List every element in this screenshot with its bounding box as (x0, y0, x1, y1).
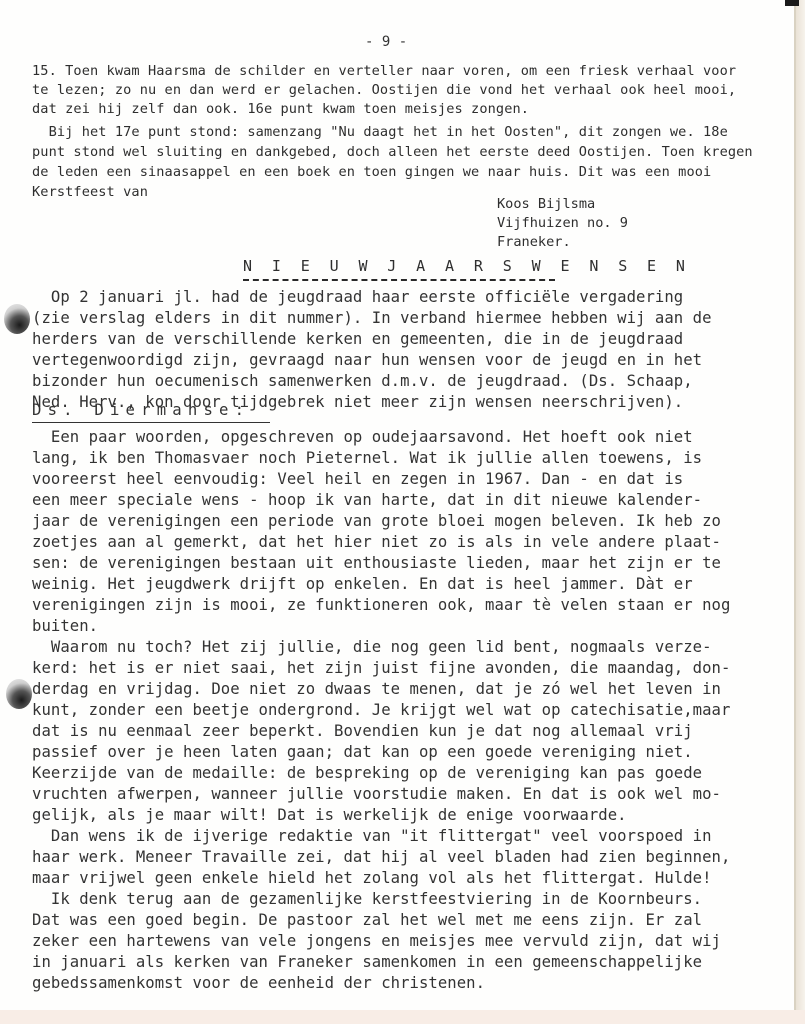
text-line: Bij het 17e punt stond: samenzang "Nu da… (32, 122, 728, 142)
text-line: Dan wens ik de ijverige redaktie van "it… (32, 826, 712, 846)
text-line: zoetjes aan al gemerkt, dat het hier nie… (32, 532, 721, 552)
text-line: dat zei hij zelf dan ook. 16e punt kwam … (32, 99, 529, 119)
text-line: Ik denk terug aan de gezamenlijke kerstf… (32, 889, 702, 909)
signature-address: Vijfhuizen no. 9 (497, 215, 628, 231)
text-line: te lezen; zo nu en dan werd er gelachen.… (32, 80, 736, 100)
signature-city: Franeker. (497, 234, 571, 250)
text-line: vertegenwoordigd zijn, gevraagd naar hun… (32, 350, 702, 370)
section-subheading: Ds. Diermanse: (32, 401, 250, 419)
text-line: gelijk, als je maar wilt! Dat is werkeli… (32, 805, 627, 825)
text-line: gebedssamenkomst voor de eenheid der chr… (32, 973, 485, 993)
page-edge (796, 0, 805, 1024)
text-line: haar werk. Meneer Travaille zei, dat hij… (32, 847, 730, 867)
title-underline (243, 279, 555, 281)
text-line: maar vrijwel geen enkele hield het zolan… (32, 868, 712, 888)
signature-name: Koos Bijlsma (497, 196, 595, 212)
punch-hole (6, 679, 32, 709)
punch-hole (4, 304, 30, 334)
text-line: vooreerst heel eenvoudig: Veel heil en z… (32, 469, 683, 489)
text-line: verenigingen zijn is mooi, ze funktioner… (32, 595, 730, 615)
text-line: Op 2 januari jl. had de jeugdraad haar e… (32, 287, 683, 307)
text-line: 15. Toen kwam Haarsma de schilder en ver… (32, 61, 736, 81)
text-line: punt stond wel sluiting en dankgebed, do… (32, 142, 753, 162)
text-line: een meer speciale wens - hoop ik van har… (32, 490, 702, 510)
text-line: Waarom nu toch? Het zij jullie, die nog … (32, 637, 712, 657)
text-line: zeker een hartewens van vele jongens en … (32, 931, 721, 951)
article-title: N I E U W J A A R S W E N S E N (243, 257, 690, 275)
text-line: Kerstfeest van (32, 182, 148, 202)
text-line: kunt, zonder een beetje ondergrond. Je k… (32, 700, 730, 720)
text-line: lang, ik ben Thomasvaer noch Pieternel. … (32, 448, 702, 468)
text-line: Keerzijde van de medaille: de bespreking… (32, 763, 702, 783)
text-line: Dat was een goed begin. De pastoor zal h… (32, 910, 702, 930)
page-bottom-edge (0, 1010, 805, 1024)
text-line: herders van de verschillende kerken en g… (32, 329, 683, 349)
text-line: de leden een sinaasappel en een boek en … (32, 162, 711, 182)
text-line: bizonder hun oecumenisch samenwerken d.m… (32, 371, 693, 391)
text-line: kerd: het is er niet saai, het zijn juis… (32, 658, 730, 678)
text-line: Een paar woorden, opgeschreven op oudeja… (32, 427, 693, 447)
text-line: passief over je heen laten gaan; dat kan… (32, 742, 693, 762)
text-line: sen: de verenigingen bestaan uit enthous… (32, 553, 721, 573)
text-line: (zie verslag elders in dit nummer). In v… (32, 308, 712, 328)
text-line: vruchten afwerpen, wanneer jullie voorst… (32, 784, 721, 804)
text-line: in januari als kerken van Franeker samen… (32, 952, 702, 972)
text-line: dat is nu eenmaal zeer beperkt. Bovendie… (32, 721, 693, 741)
text-line: jaar de verenigingen een periode van gro… (32, 511, 721, 531)
page-number: - 9 - (365, 34, 407, 50)
text-line: derdag en vrijdag. Doe niet zo dwaas te … (32, 679, 721, 699)
text-line: weinig. Het jeugdwerk drijft op enkelen.… (32, 574, 693, 594)
text-line: buiten. (32, 616, 98, 636)
subheading-underline (32, 422, 270, 423)
document-page: - 9 - 15. Toen kwam Haarsma de schilder … (0, 0, 796, 1012)
scan-corner-mark (785, 0, 799, 6)
